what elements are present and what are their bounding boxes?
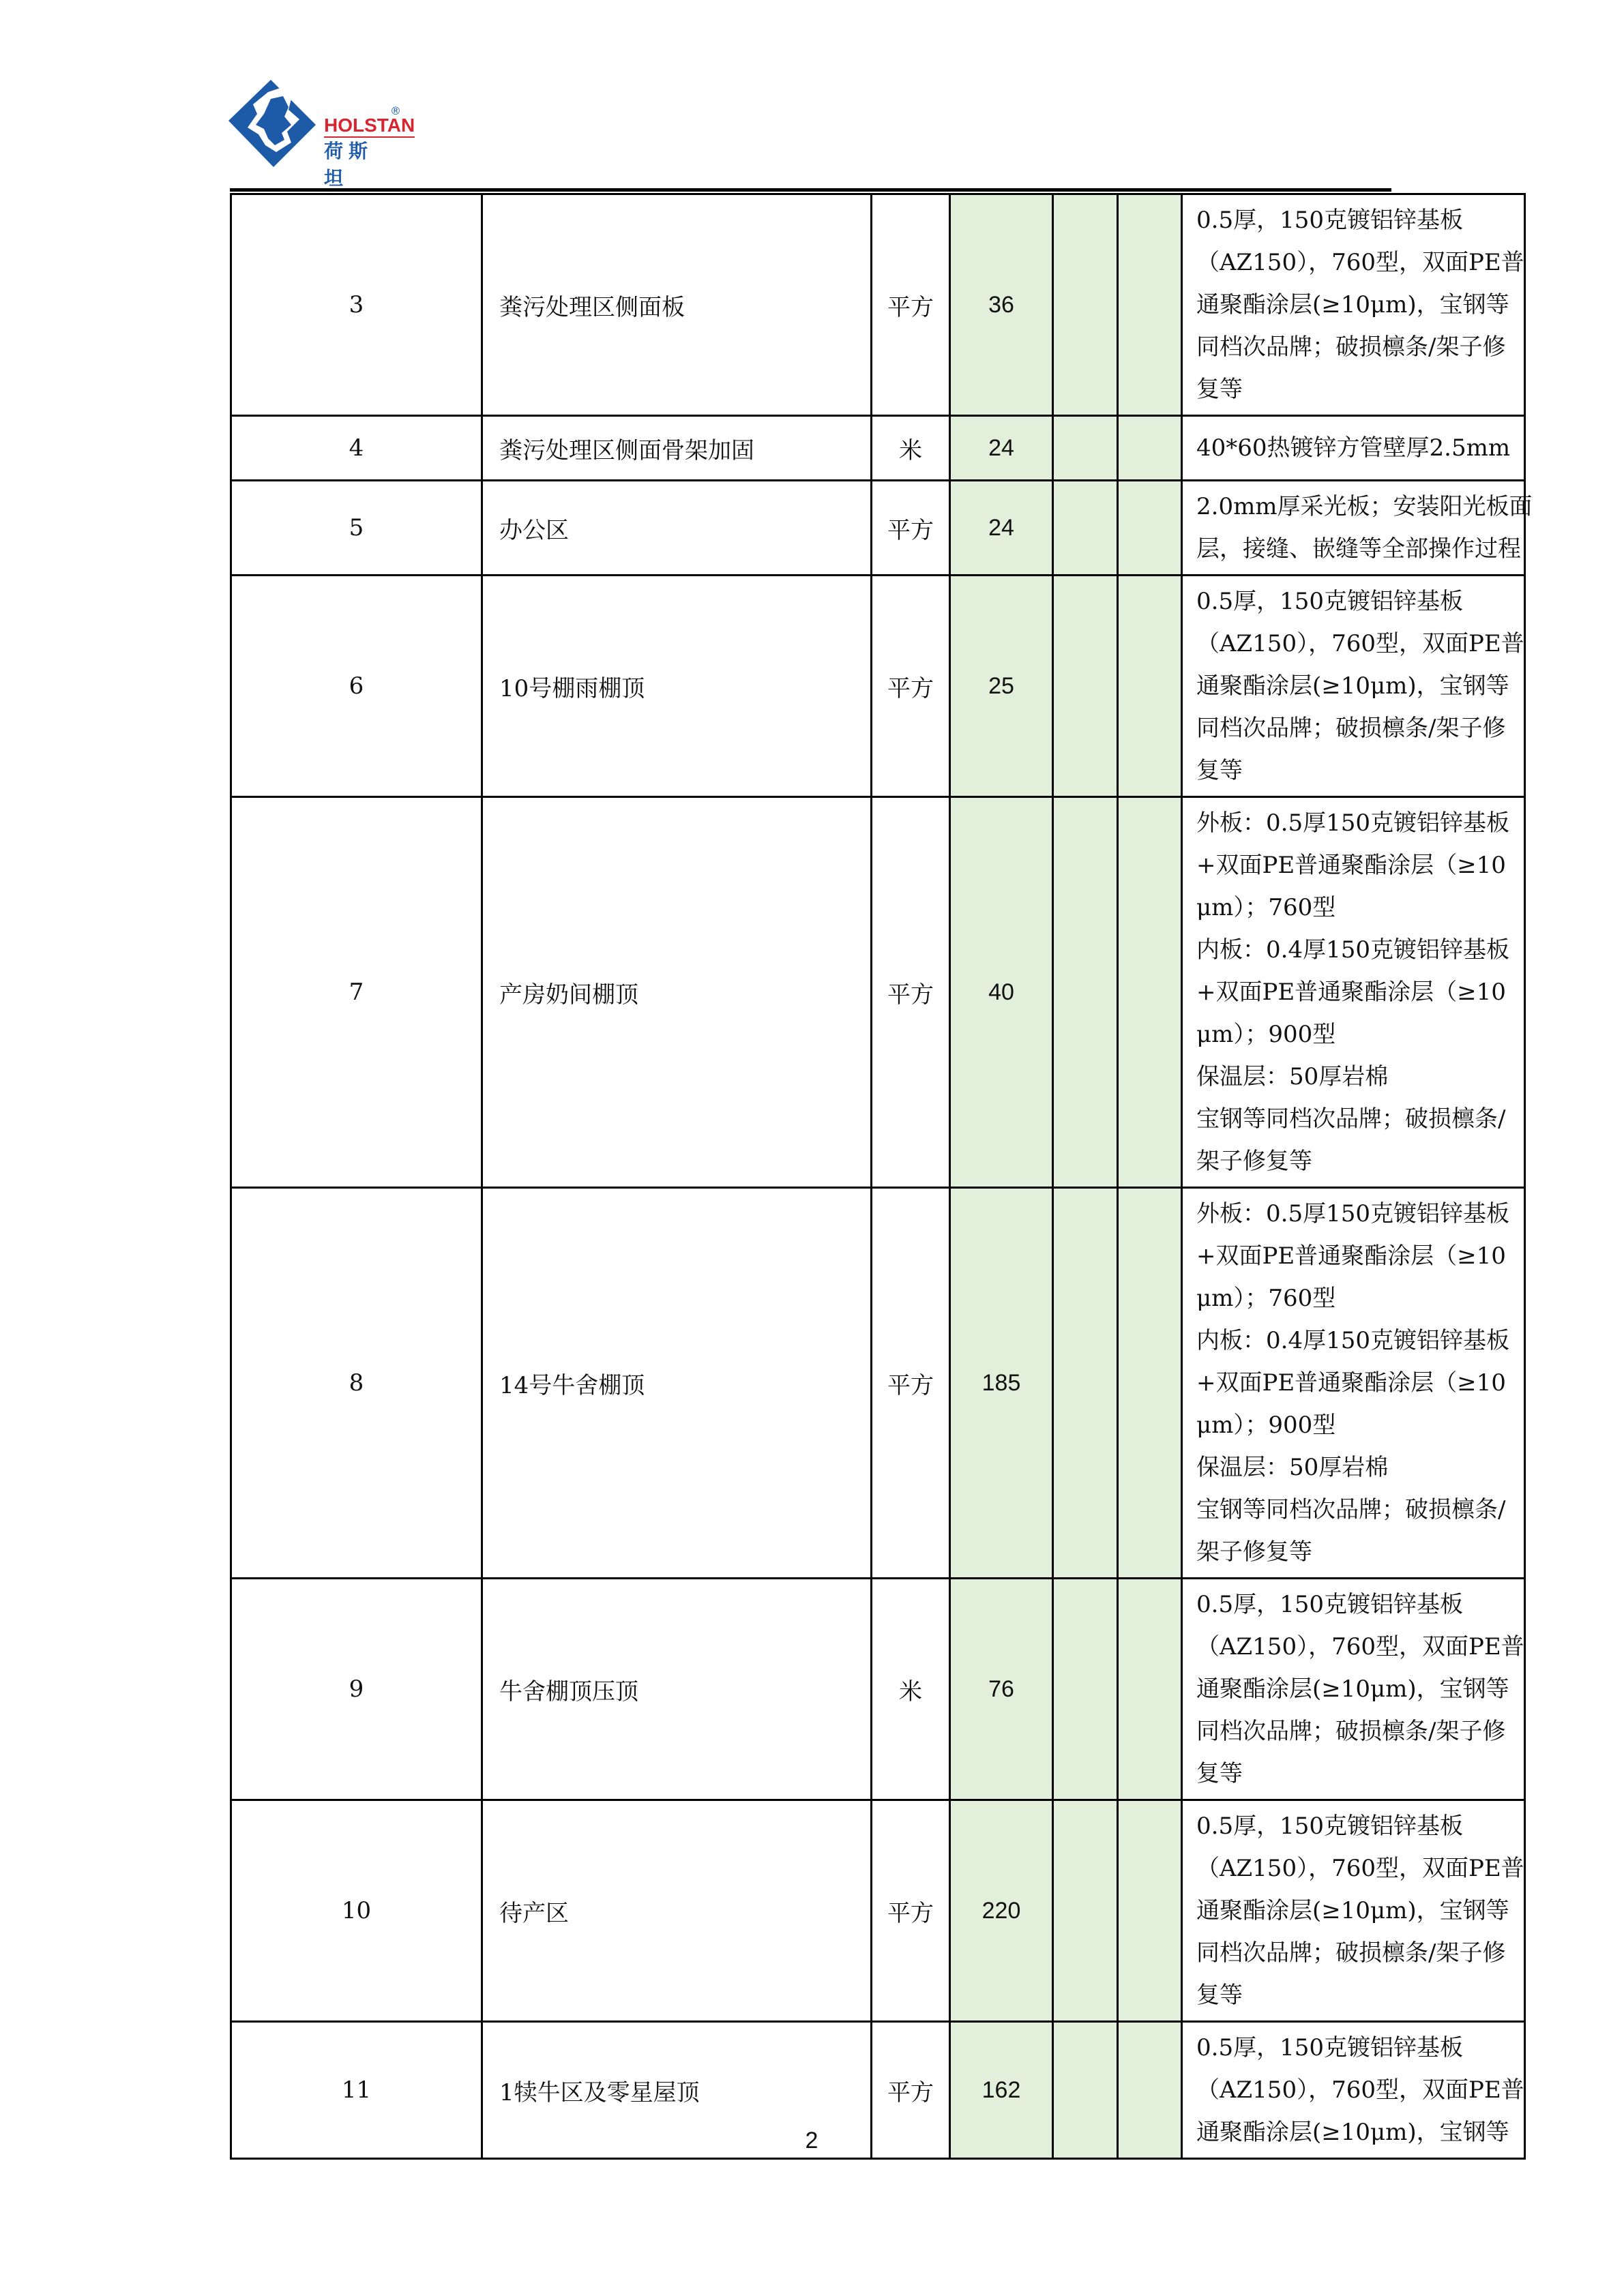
unit-price-cell — [1053, 797, 1118, 1188]
specification-line: 宝钢等同档次品牌；破损檩条/ — [1196, 1489, 1511, 1531]
total-price-cell — [1118, 194, 1182, 416]
specification-line: +双面PE普通聚酯涂层（≥10 — [1196, 971, 1511, 1013]
table-row: 3粪污处理区侧面板平方360.5厚，150克镀铝锌基板（AZ150），760型，… — [231, 194, 1525, 416]
specification-line: 0.5厚，150克镀铝锌基板 — [1196, 1583, 1511, 1626]
item-unit: 平方 — [872, 576, 950, 797]
item-quantity: 24 — [950, 416, 1053, 481]
table-row: 111犊牛区及零星屋顶平方1620.5厚，150克镀铝锌基板（AZ150），76… — [231, 2022, 1525, 2159]
item-number: 9 — [231, 1579, 482, 1800]
cow-head-logo-icon — [228, 72, 324, 167]
item-name: 产房奶间棚顶 — [482, 797, 872, 1188]
specification-line: 通聚酯涂层(≥10μm)，宝钢等 — [1196, 284, 1511, 326]
specification-line: 同档次品牌；破损檩条/架子修 — [1196, 1932, 1511, 1974]
item-specification: 40*60热镀锌方管壁厚2.5mm — [1182, 416, 1525, 481]
specification-line: 外板：0.5厚150克镀铝锌基板 — [1196, 1193, 1511, 1235]
specification-line: 通聚酯涂层(≥10μm)，宝钢等 — [1196, 1890, 1511, 1932]
specification-line: 同档次品牌；破损檩条/架子修 — [1196, 1710, 1511, 1753]
brand-name-en: HOLSTAN — [324, 115, 415, 136]
item-quantity: 25 — [950, 576, 1053, 797]
total-price-cell — [1118, 797, 1182, 1188]
item-unit: 平方 — [872, 194, 950, 416]
item-unit: 平方 — [872, 1188, 950, 1579]
item-number: 10 — [231, 1800, 482, 2022]
specification-line: 复等 — [1196, 368, 1511, 411]
item-number: 3 — [231, 194, 482, 416]
item-quantity: 36 — [950, 194, 1053, 416]
total-price-cell — [1118, 1800, 1182, 2022]
unit-price-cell — [1053, 1188, 1118, 1579]
specification-line: μm）；760型 — [1196, 1277, 1511, 1320]
table-row: 5办公区平方242.0mm厚采光板；安装阳光板面层，接缝、嵌缝等全部操作过程 — [231, 481, 1525, 576]
item-specification: 0.5厚，150克镀铝锌基板（AZ150），760型，双面PE普通聚酯涂层(≥1… — [1182, 1800, 1525, 2022]
specification-line: 复等 — [1196, 1753, 1511, 1795]
header-divider — [230, 188, 1391, 192]
unit-price-cell — [1053, 416, 1118, 481]
item-quantity: 185 — [950, 1188, 1053, 1579]
specification-line: 保温层：50厚岩棉 — [1196, 1056, 1511, 1098]
table-row: 10待产区平方2200.5厚，150克镀铝锌基板（AZ150），760型，双面P… — [231, 1800, 1525, 2022]
unit-price-cell — [1053, 2022, 1118, 2159]
item-name: 待产区 — [482, 1800, 872, 2022]
specification-line: 2.0mm厚采光板；安装阳光板面 — [1196, 486, 1511, 528]
item-number: 5 — [231, 481, 482, 576]
unit-price-cell — [1053, 481, 1118, 576]
unit-price-cell — [1053, 1800, 1118, 2022]
item-number: 4 — [231, 416, 482, 481]
specification-line: 40*60热镀锌方管壁厚2.5mm — [1196, 427, 1511, 469]
specification-line: μm）；900型 — [1196, 1013, 1511, 1056]
item-quantity: 162 — [950, 2022, 1053, 2159]
item-specification: 0.5厚，150克镀铝锌基板（AZ150），760型，双面PE普通聚酯涂层(≥1… — [1182, 1579, 1525, 1800]
item-unit: 平方 — [872, 797, 950, 1188]
total-price-cell — [1118, 2022, 1182, 2159]
table-row: 7产房奶间棚顶平方40外板：0.5厚150克镀铝锌基板+双面PE普通聚酯涂层（≥… — [231, 797, 1525, 1188]
total-price-cell — [1118, 1188, 1182, 1579]
specification-line: （AZ150），760型，双面PE普 — [1196, 241, 1511, 284]
item-number: 11 — [231, 2022, 482, 2159]
total-price-cell — [1118, 1579, 1182, 1800]
item-name: 牛舍棚顶压顶 — [482, 1579, 872, 1800]
specification-line: （AZ150），760型，双面PE普 — [1196, 623, 1511, 665]
item-unit: 平方 — [872, 1800, 950, 2022]
item-specification: 0.5厚，150克镀铝锌基板（AZ150），760型，双面PE普通聚酯涂层(≥1… — [1182, 576, 1525, 797]
item-specification: 0.5厚，150克镀铝锌基板（AZ150），760型，双面PE普通聚酯涂层(≥1… — [1182, 2022, 1525, 2159]
item-name: 粪污处理区侧面骨架加固 — [482, 416, 872, 481]
total-price-cell — [1118, 416, 1182, 481]
item-specification: 外板：0.5厚150克镀铝锌基板+双面PE普通聚酯涂层（≥10μm）；760型内… — [1182, 1188, 1525, 1579]
specification-line: 复等 — [1196, 1974, 1511, 2016]
item-unit: 米 — [872, 1579, 950, 1800]
total-price-cell — [1118, 576, 1182, 797]
specification-line: 外板：0.5厚150克镀铝锌基板 — [1196, 802, 1511, 844]
specification-line: 通聚酯涂层(≥10μm)，宝钢等 — [1196, 665, 1511, 707]
specification-line: 架子修复等 — [1196, 1140, 1511, 1182]
table-row: 610号棚雨棚顶平方250.5厚，150克镀铝锌基板（AZ150），760型，双… — [231, 576, 1525, 797]
specification-line: +双面PE普通聚酯涂层（≥10 — [1196, 844, 1511, 886]
table-row: 9牛舍棚顶压顶米760.5厚，150克镀铝锌基板（AZ150），760型，双面P… — [231, 1579, 1525, 1800]
specification-line: 内板：0.4厚150克镀铝锌基板 — [1196, 1320, 1511, 1362]
specification-line: μm）；900型 — [1196, 1404, 1511, 1446]
table-row: 4粪污处理区侧面骨架加固米2440*60热镀锌方管壁厚2.5mm — [231, 416, 1525, 481]
unit-price-cell — [1053, 194, 1118, 416]
item-specification: 2.0mm厚采光板；安装阳光板面层，接缝、嵌缝等全部操作过程 — [1182, 481, 1525, 576]
specification-line: +双面PE普通聚酯涂层（≥10 — [1196, 1362, 1511, 1404]
item-quantity: 76 — [950, 1579, 1053, 1800]
specification-line: 0.5厚，150克镀铝锌基板 — [1196, 1805, 1511, 1847]
item-number: 7 — [231, 797, 482, 1188]
specification-line: 0.5厚，150克镀铝锌基板 — [1196, 580, 1511, 623]
item-quantity: 220 — [950, 1800, 1053, 2022]
item-unit: 平方 — [872, 2022, 950, 2159]
specification-line: 宝钢等同档次品牌；破损檩条/ — [1196, 1098, 1511, 1140]
unit-price-cell — [1053, 1579, 1118, 1800]
specification-line: 通聚酯涂层(≥10μm)，宝钢等 — [1196, 1668, 1511, 1710]
specification-line: （AZ150），760型，双面PE普 — [1196, 1626, 1511, 1668]
specification-line: 内板：0.4厚150克镀铝锌基板 — [1196, 929, 1511, 971]
specification-line: 保温层：50厚岩棉 — [1196, 1446, 1511, 1489]
item-unit: 米 — [872, 416, 950, 481]
brand-name-cn: 荷斯坦 — [324, 136, 385, 191]
specification-line: 通聚酯涂层(≥10μm)，宝钢等 — [1196, 2111, 1511, 2153]
item-quantity: 40 — [950, 797, 1053, 1188]
specification-line: 0.5厚，150克镀铝锌基板 — [1196, 2027, 1511, 2069]
item-specification: 0.5厚，150克镀铝锌基板（AZ150），760型，双面PE普通聚酯涂层(≥1… — [1182, 194, 1525, 416]
page-number: 2 — [798, 2128, 825, 2154]
quotation-table: 3粪污处理区侧面板平方360.5厚，150克镀铝锌基板（AZ150），760型，… — [230, 193, 1526, 2160]
specification-line: μm）；760型 — [1196, 886, 1511, 929]
item-name: 办公区 — [482, 481, 872, 576]
specification-line: +双面PE普通聚酯涂层（≥10 — [1196, 1235, 1511, 1277]
holstan-logo: ® HOLSTAN 荷斯坦 — [228, 72, 385, 167]
specification-line: 同档次品牌；破损檩条/架子修 — [1196, 326, 1511, 368]
item-name: 14号牛舍棚顶 — [482, 1188, 872, 1579]
specification-line: （AZ150），760型，双面PE普 — [1196, 1847, 1511, 1890]
total-price-cell — [1118, 481, 1182, 576]
item-name: 10号棚雨棚顶 — [482, 576, 872, 797]
table-row: 814号牛舍棚顶平方185外板：0.5厚150克镀铝锌基板+双面PE普通聚酯涂层… — [231, 1188, 1525, 1579]
item-quantity: 24 — [950, 481, 1053, 576]
item-specification: 外板：0.5厚150克镀铝锌基板+双面PE普通聚酯涂层（≥10μm）；760型内… — [1182, 797, 1525, 1188]
item-number: 8 — [231, 1188, 482, 1579]
specification-line: （AZ150），760型，双面PE普 — [1196, 2069, 1511, 2111]
specification-line: 层，接缝、嵌缝等全部操作过程 — [1196, 528, 1511, 570]
item-number: 6 — [231, 576, 482, 797]
specification-line: 0.5厚，150克镀铝锌基板 — [1196, 199, 1511, 241]
specification-line: 复等 — [1196, 749, 1511, 792]
unit-price-cell — [1053, 576, 1118, 797]
specification-line: 同档次品牌；破损檩条/架子修 — [1196, 707, 1511, 749]
item-unit: 平方 — [872, 481, 950, 576]
specification-line: 架子修复等 — [1196, 1531, 1511, 1573]
item-name: 粪污处理区侧面板 — [482, 194, 872, 416]
